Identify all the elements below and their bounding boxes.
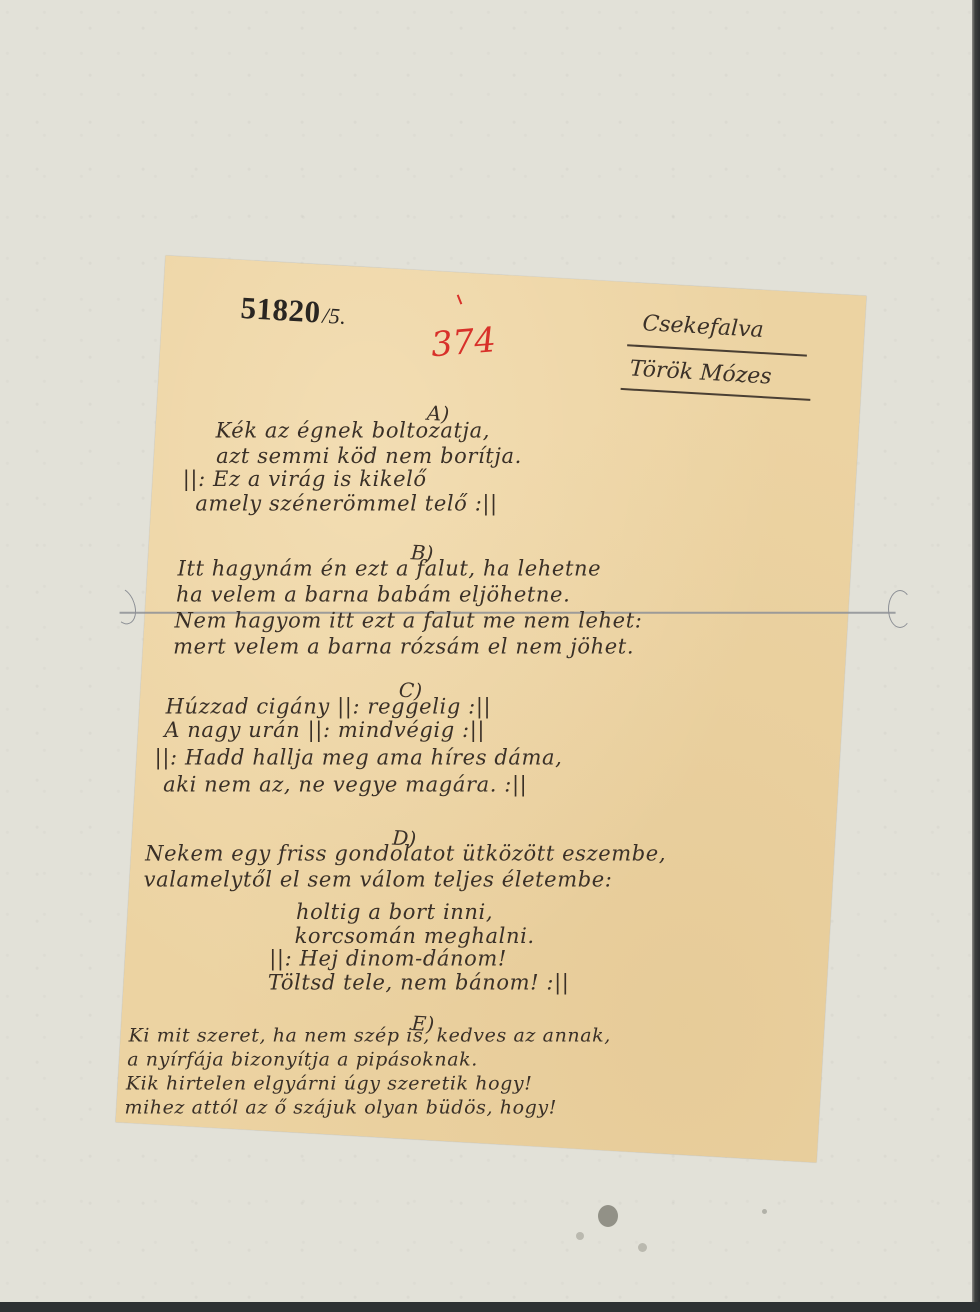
verse-line: mert velem a barna rózsám el nem jöhet. [173, 635, 634, 659]
verse-line: mihez attól az ő szájuk olyan büdös, hog… [124, 1097, 557, 1119]
scan-edge-bottom [0, 1302, 980, 1312]
verse-line: Kik hirtelen elgyárni úgy szeretik hogy! [126, 1073, 533, 1095]
verse-line: Húzzad cigány ||: reggelig :|| [166, 694, 492, 718]
verse-line: Itt hagynám én ezt a falut, ha lehetne [178, 557, 602, 581]
stain-spot [576, 1232, 584, 1240]
verse-line: Kék az égnek boltozatja, [216, 419, 490, 443]
red-number: 374 [430, 320, 498, 365]
catalog-number-value: 51820 [240, 290, 322, 330]
verse-line: A nagy urán ||: mindvégig :|| [164, 718, 485, 742]
red-tick-mark [457, 294, 463, 304]
manuscript-sheet: 51820/5. 374 Csekefalva Török Mózes A) K… [116, 256, 867, 1163]
verse-line: Ki mit szeret, ha nem szép is, kedves az… [129, 1025, 611, 1047]
verse-line: Nekem egy friss gondolatot ütközött esze… [145, 841, 666, 865]
verse-line: holtig a bort inni, [296, 900, 493, 924]
verse-line: azt semmi köd nem borítja. [216, 444, 522, 468]
catalog-suffix: /5. [322, 303, 348, 329]
verse-line: Nem hagyom itt ezt a falut me nem lehet: [175, 609, 643, 633]
verse-line: Töltsd tele, nem bánom! :|| [268, 971, 570, 995]
collector-underline [621, 388, 811, 400]
stain-spot [598, 1205, 618, 1227]
catalog-number: 51820/5. [240, 290, 348, 332]
verse-line: ha velem a barna babám eljöhetne. [176, 583, 570, 607]
scan-edge-right [972, 0, 980, 1312]
verse-line: ||: Hadd hallja meg ama híres dáma, [155, 746, 563, 770]
collector-name: Török Mózes [629, 356, 772, 389]
verse-line: valamelytől el sem válom teljes életembe… [144, 867, 613, 891]
stain-spot [762, 1209, 767, 1214]
verse-line: ||: Hej dinom-dánom! [269, 947, 507, 971]
verse-line: korcsomán meghalni. [295, 924, 535, 948]
verse-line: aki nem az, ne vegye magára. :|| [163, 772, 527, 796]
place-underline [627, 344, 807, 356]
verse-line: ||: Ez a virág is kikelő [183, 467, 427, 491]
place-name: Csekefalva [642, 311, 765, 343]
fold-mark-right [888, 590, 912, 628]
verse-line: amely szénerömmel telő :|| [195, 492, 497, 516]
stain-spot [638, 1243, 647, 1252]
verse-line: a nyírfája bizonyítja a pipásoknak. [127, 1049, 478, 1071]
